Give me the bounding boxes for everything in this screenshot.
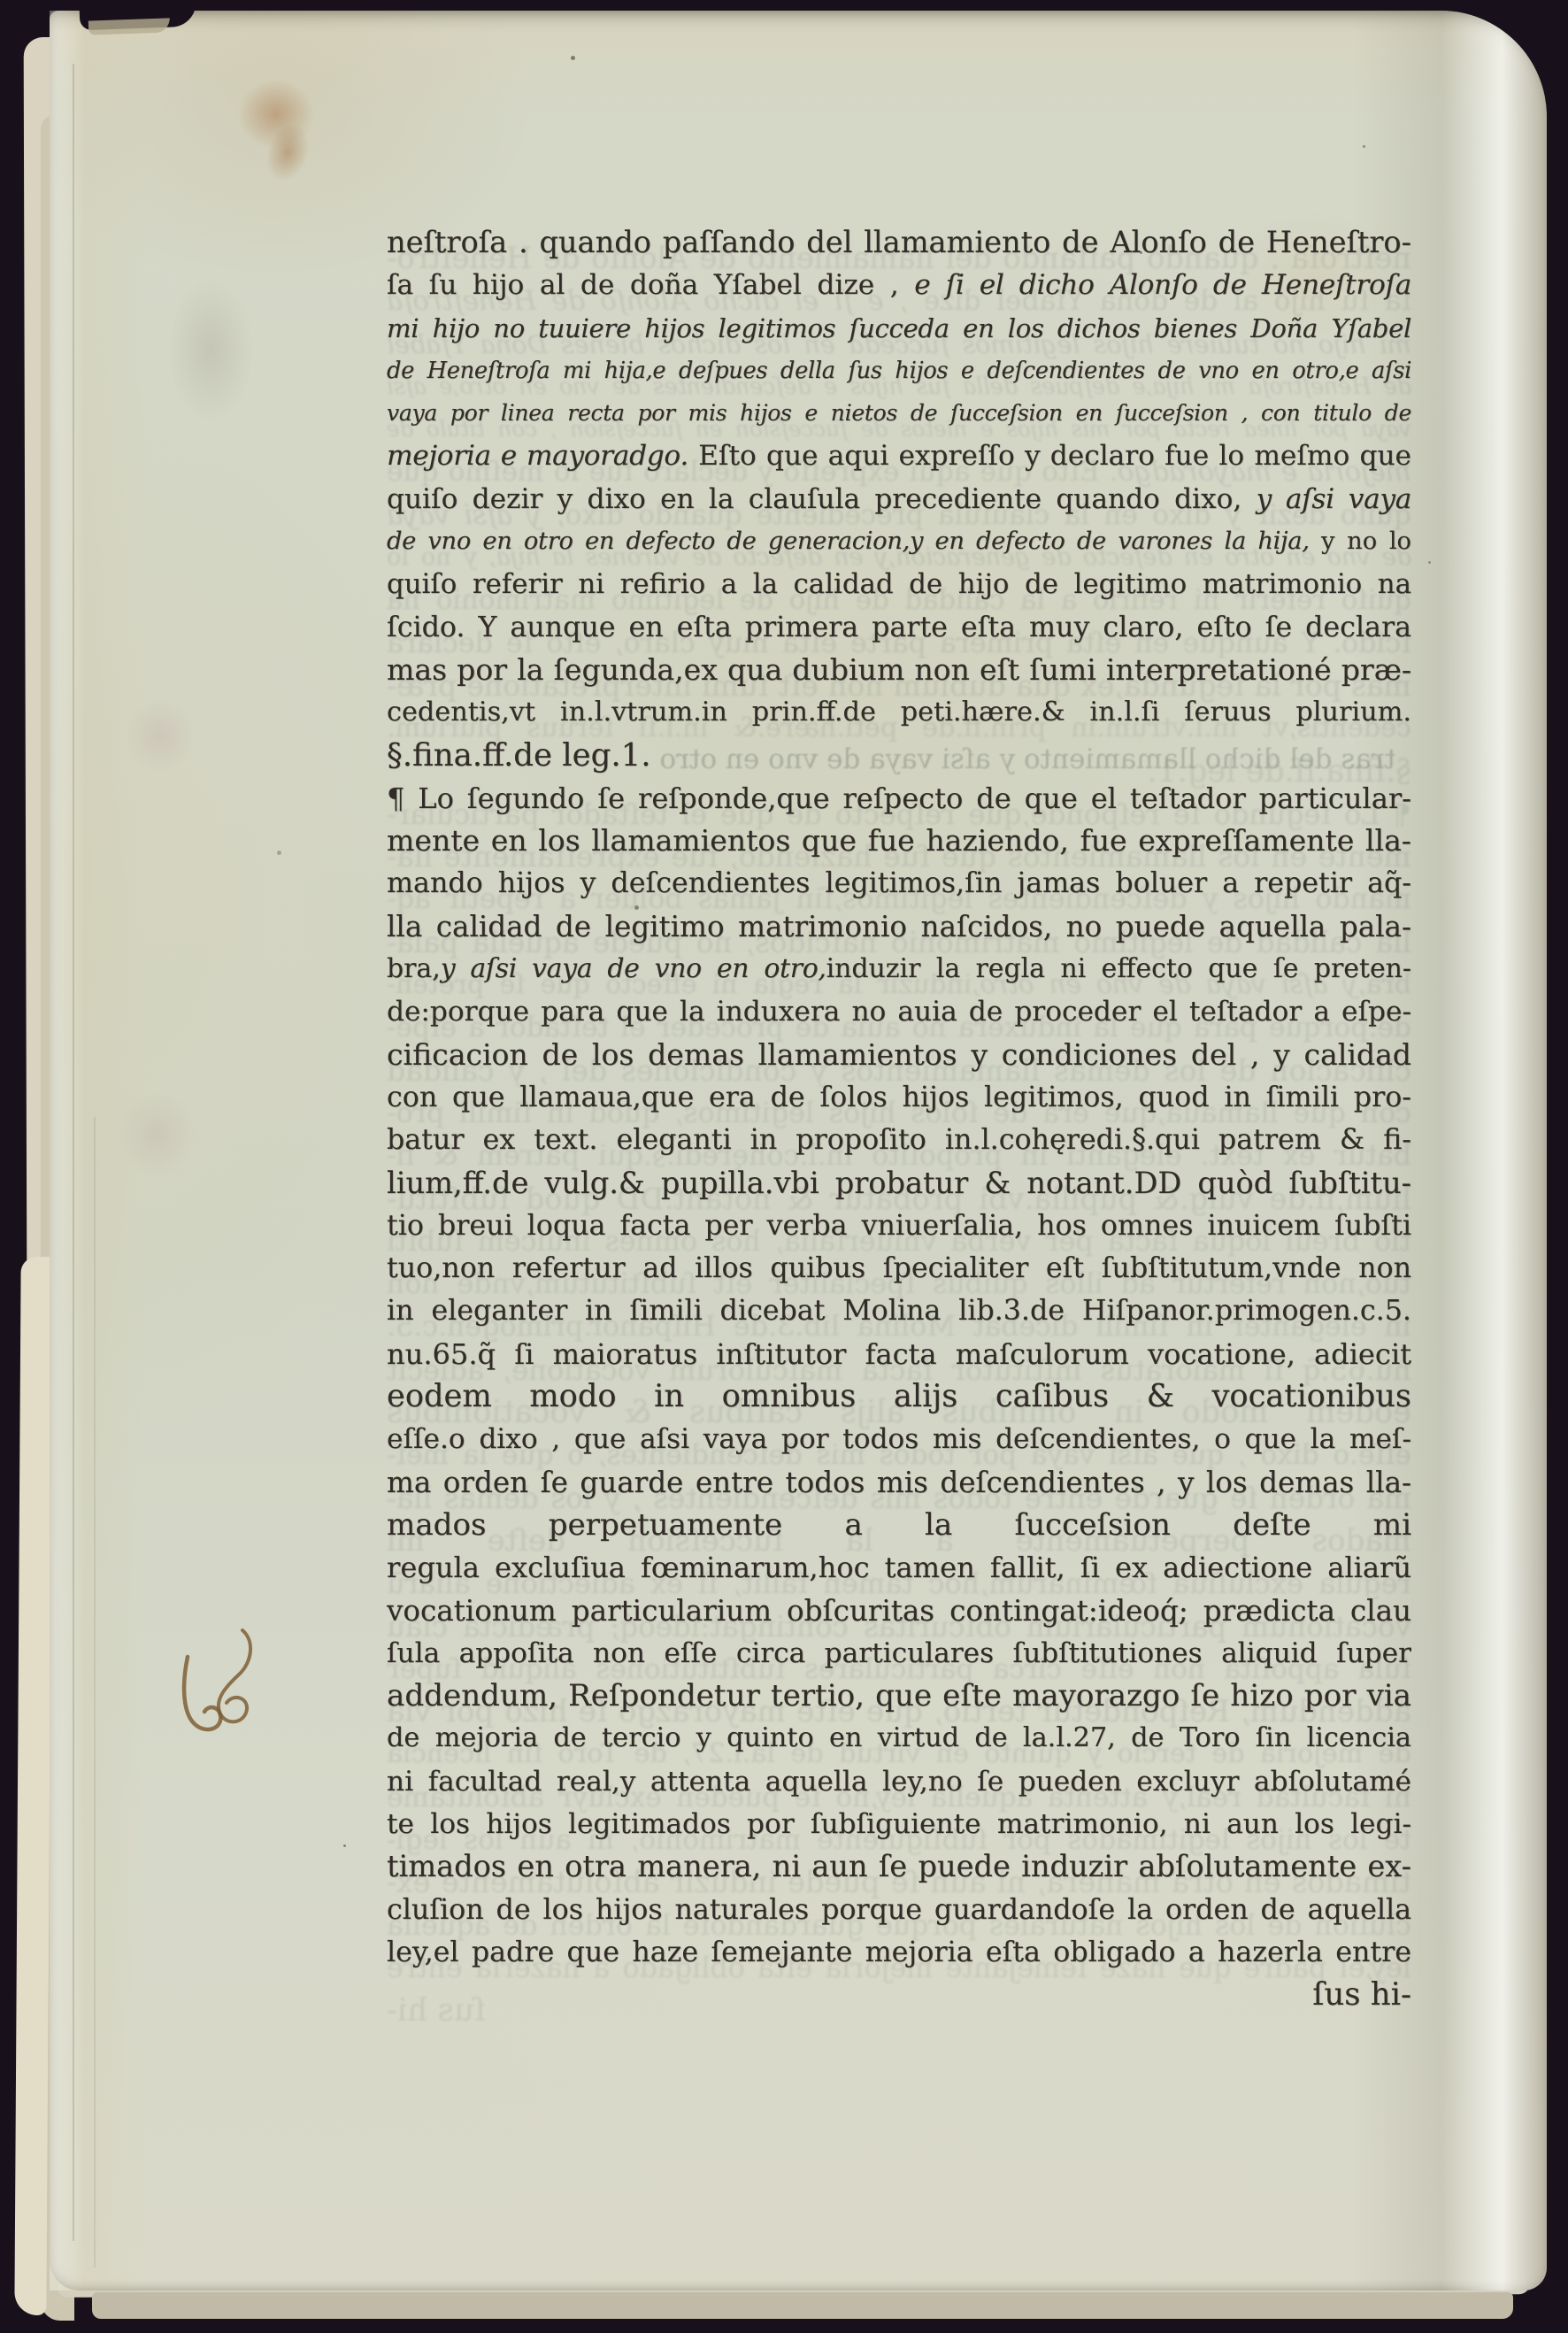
text-line: mas por la ſegunda,ex qua dubium non eſt… <box>387 649 1411 691</box>
text-line: cluſion de los hijos naturales porque gu… <box>387 1889 1411 1931</box>
text-segment: ſa ſu hijo al de doña Yſabel dize , <box>387 269 914 301</box>
text-segment: in eleganter in ſimili dicebat Molina li… <box>387 1295 1411 1327</box>
page-stack-edge <box>14 1257 52 2315</box>
text-segment: ¶ Lo ſegundo ſe reſponde,que reſpecto de… <box>387 782 1411 815</box>
text-line: ma orden ſe guarde entre todos mis deſce… <box>387 1461 1411 1504</box>
text-line: de vno en otro en defecto de generacion,… <box>387 520 1411 563</box>
text-segment: eſſe.o dixo , que aſsi vaya por todos mi… <box>387 1423 1411 1455</box>
text-line: quiſo referir ni refirio a la calidad de… <box>387 563 1411 605</box>
text-segment-italic: de vno en otro en defecto de generacion,… <box>387 527 1321 555</box>
pink-stain <box>99 1073 214 1197</box>
text-line: neſtroſa . quando paſſando del llamamien… <box>387 221 1411 264</box>
text-segment: ſcido. Y aunque en eſta primera parte eſ… <box>387 612 1411 643</box>
text-line: vaya por linea recta por mis hijos e nie… <box>387 392 1411 435</box>
text-line: mi hijo no tuuiere hijos legitimos ſucce… <box>387 307 1411 350</box>
text-segment: y no lo <box>1321 527 1411 555</box>
text-segment: ſula appoſita non eſſe circa particulare… <box>387 1637 1411 1669</box>
text-segment: de:porque para que la induxera no auia d… <box>387 996 1411 1028</box>
text-line: mejoria e mayoradgo. Eſto que aqui expre… <box>387 435 1411 477</box>
text-line: batur ex text. eleganti in propoſito in.… <box>387 1119 1411 1161</box>
text-segment-italic: y aſsi vaya de vno en otro, <box>441 953 826 984</box>
text-line: ſcido. Y aunque en eſta primera parte eſ… <box>387 606 1411 649</box>
text-segment-italic: mi hijo no tuuiere hijos legitimos ſucce… <box>387 313 1411 343</box>
text-line: mados perpetuamente a la ſucceſsion deſt… <box>387 1504 1411 1546</box>
text-segment: batur ex text. eleganti in propoſito in.… <box>387 1124 1411 1156</box>
text-line: mando hijos y deſcendientes legitimos,ſi… <box>387 862 1411 905</box>
page-text-block: neſtroſa . quando paſſando del llamamien… <box>387 221 1411 2016</box>
text-line: cificacion de los demas llamamientos y c… <box>387 1034 1411 1076</box>
text-segment: timados en otra manera, ni aun ſe puede … <box>387 1849 1411 1883</box>
text-segment: quiſo dezir y dixo en la clauſula preced… <box>387 483 1257 515</box>
text-segment-italic: mejoria e mayoradgo. <box>387 440 688 472</box>
text-segment: de mejoria de tercio y quinto en virtud … <box>387 1722 1411 1753</box>
text-line: ſa ſu hijo al de doña Yſabel dize , e ſi… <box>387 264 1411 306</box>
text-line: ¶ Lo ſegundo ſe reſponde,que reſpecto de… <box>387 777 1411 820</box>
paper-crease <box>73 64 74 2241</box>
text-line: ſus hi- <box>387 1974 1411 2016</box>
text-segment-italic: y aſsi vaya <box>1257 483 1411 515</box>
text-segment: te los hijos legitimados por ſubſiguient… <box>387 1808 1411 1840</box>
text-segment: tuo,non refertur ad illos quibus ſpecial… <box>387 1252 1411 1284</box>
text-segment: lium,ff.de vulg.& pupilla.vbi probatur &… <box>387 1166 1411 1200</box>
text-line: ley,el padre que haze ſemejante mejoria … <box>387 1931 1411 1974</box>
text-segment: Eſto que aqui expreſſo y declaro fue lo … <box>688 440 1411 472</box>
text-segment: bra, <box>387 953 441 984</box>
gutter-fold-shading <box>50 11 156 2291</box>
pink-stain <box>111 683 209 789</box>
text-segment: mas por la ſegunda,ex qua dubium non eſt… <box>387 652 1411 687</box>
text-line: cedentis,vt in.l.vtrum.in prin.ff.de pet… <box>387 691 1411 734</box>
text-segment: nu.65.q̃ ſi maioratus inſtitutor facta m… <box>387 1337 1411 1371</box>
text-segment: mados perpetuamente a la ſucceſsion deſt… <box>387 1507 1411 1546</box>
text-line: quiſo dezir y dixo en la clauſula preced… <box>387 478 1411 520</box>
text-segment-italic: e ſi el dicho Alonſo de Heneſtroſa <box>914 269 1411 301</box>
rust-stain <box>223 65 329 163</box>
text-segment: induzir la regla ni effecto que ſe prete… <box>826 953 1411 984</box>
text-line: bra,y aſsi vaya de vno en otro,induzir l… <box>387 948 1411 990</box>
text-line: ſula appoſita non eſſe circa particulare… <box>387 1632 1411 1675</box>
text-line: te los hijos legitimados por ſubſiguient… <box>387 1803 1411 1845</box>
text-line: nu.65.q̃ ſi maioratus inſtitutor facta m… <box>387 1333 1411 1375</box>
text-line: §.fina.ff.de leg.1. <box>387 735 1411 777</box>
text-line: de mejoria de tercio y quinto en virtud … <box>387 1717 1411 1759</box>
text-line: mente en los llamamientos que fue hazien… <box>387 820 1411 862</box>
paper-crease <box>94 1117 96 2268</box>
text-segment: lla calidad de legitimo matrimonio naſci… <box>387 910 1411 943</box>
text-segment: vocationum particularium obſcuritas cont… <box>387 1594 1411 1628</box>
text-line: tio breui loqua facta per verba vniuerſa… <box>387 1205 1411 1247</box>
text-segment: eodem modo in omnibus alijs caſibus & vo… <box>387 1378 1411 1418</box>
text-line: lla calidad de legitimo matrimonio naſci… <box>387 905 1411 948</box>
text-line: addendum, Reſpondetur tertio, que eſte m… <box>387 1675 1411 1717</box>
text-line: tuo,non refertur ad illos quibus ſpecial… <box>387 1247 1411 1290</box>
smudge-stain <box>149 248 273 451</box>
book-page: neſtroſa . quando paſſando del llamamien… <box>50 11 1547 2291</box>
text-line: lium,ff.de vulg.& pupilla.vbi probatur &… <box>387 1162 1411 1205</box>
text-segment: mando hijos y deſcendientes legitimos,ſi… <box>387 867 1411 899</box>
text-segment: ma orden ſe guarde entre todos mis deſce… <box>387 1466 1411 1499</box>
text-line: timados en otra manera, ni aun ſe puede … <box>387 1845 1411 1888</box>
text-segment: quiſo referir ni refirio a la calidad de… <box>387 568 1411 600</box>
text-segment: cificacion de los demas llamamientos y c… <box>387 1037 1411 1072</box>
text-segment: regula excluſiua fœminarum,hoc tamen fal… <box>387 1551 1411 1584</box>
text-segment: addendum, Reſpondetur tertio, que eſte m… <box>387 1678 1411 1713</box>
text-segment: tio breui loqua facta per verba vniuerſa… <box>387 1210 1411 1242</box>
text-line: ni facultad real,y attenta aquella ley,n… <box>387 1760 1411 1803</box>
text-segment: con que llamaua,que era de ſolos hijos l… <box>387 1082 1411 1113</box>
rust-stain <box>247 103 328 202</box>
text-line: de:porque para que la induxera no auia d… <box>387 990 1411 1033</box>
text-segment-italic: de Heneſtroſa mi hija,e deſpues della ſu… <box>387 358 1411 384</box>
handwritten-margin-mark <box>175 1623 273 1747</box>
text-segment: neſtroſa . quando paſſando del llamamien… <box>387 225 1411 259</box>
text-segment: §.fina.ff.de leg.1. <box>387 737 651 774</box>
photo-canvas: { "document": { "kind": "scanned early-p… <box>0 0 1568 2333</box>
text-segment-italic: vaya por linea recta por mis hijos e nie… <box>387 400 1411 426</box>
text-line: eſſe.o dixo , que aſsi vaya por todos mi… <box>387 1418 1411 1460</box>
text-line: regula excluſiua fœminarum,hoc tamen fal… <box>387 1546 1411 1589</box>
text-segment: cedentis,vt in.l.vtrum.in prin.ff.de pet… <box>387 697 1411 728</box>
text-segment: cluſion de los hijos naturales porque gu… <box>387 1894 1411 1926</box>
text-line: vocationum particularium obſcuritas cont… <box>387 1590 1411 1632</box>
text-line: in eleganter in ſimili dicebat Molina li… <box>387 1290 1411 1332</box>
text-line: de Heneſtroſa mi hija,e deſpues della ſu… <box>387 350 1411 392</box>
text-line: con que llamaua,que era de ſolos hijos l… <box>387 1076 1411 1119</box>
text-line: eodem modo in omnibus alijs caſibus & vo… <box>387 1375 1411 1418</box>
text-segment: ſus hi- <box>1312 1976 1411 2013</box>
torn-edge-notch <box>88 18 171 35</box>
text-segment: mente en los llamamientos que fue hazien… <box>387 823 1411 858</box>
dust-specks <box>50 11 52 13</box>
text-segment: ni facultad real,y attenta aquella ley,n… <box>387 1766 1411 1798</box>
page-stack-edge-bottom <box>92 2292 1513 2319</box>
text-segment: ley,el padre que haze ſemejante mejoria … <box>387 1936 1411 1968</box>
